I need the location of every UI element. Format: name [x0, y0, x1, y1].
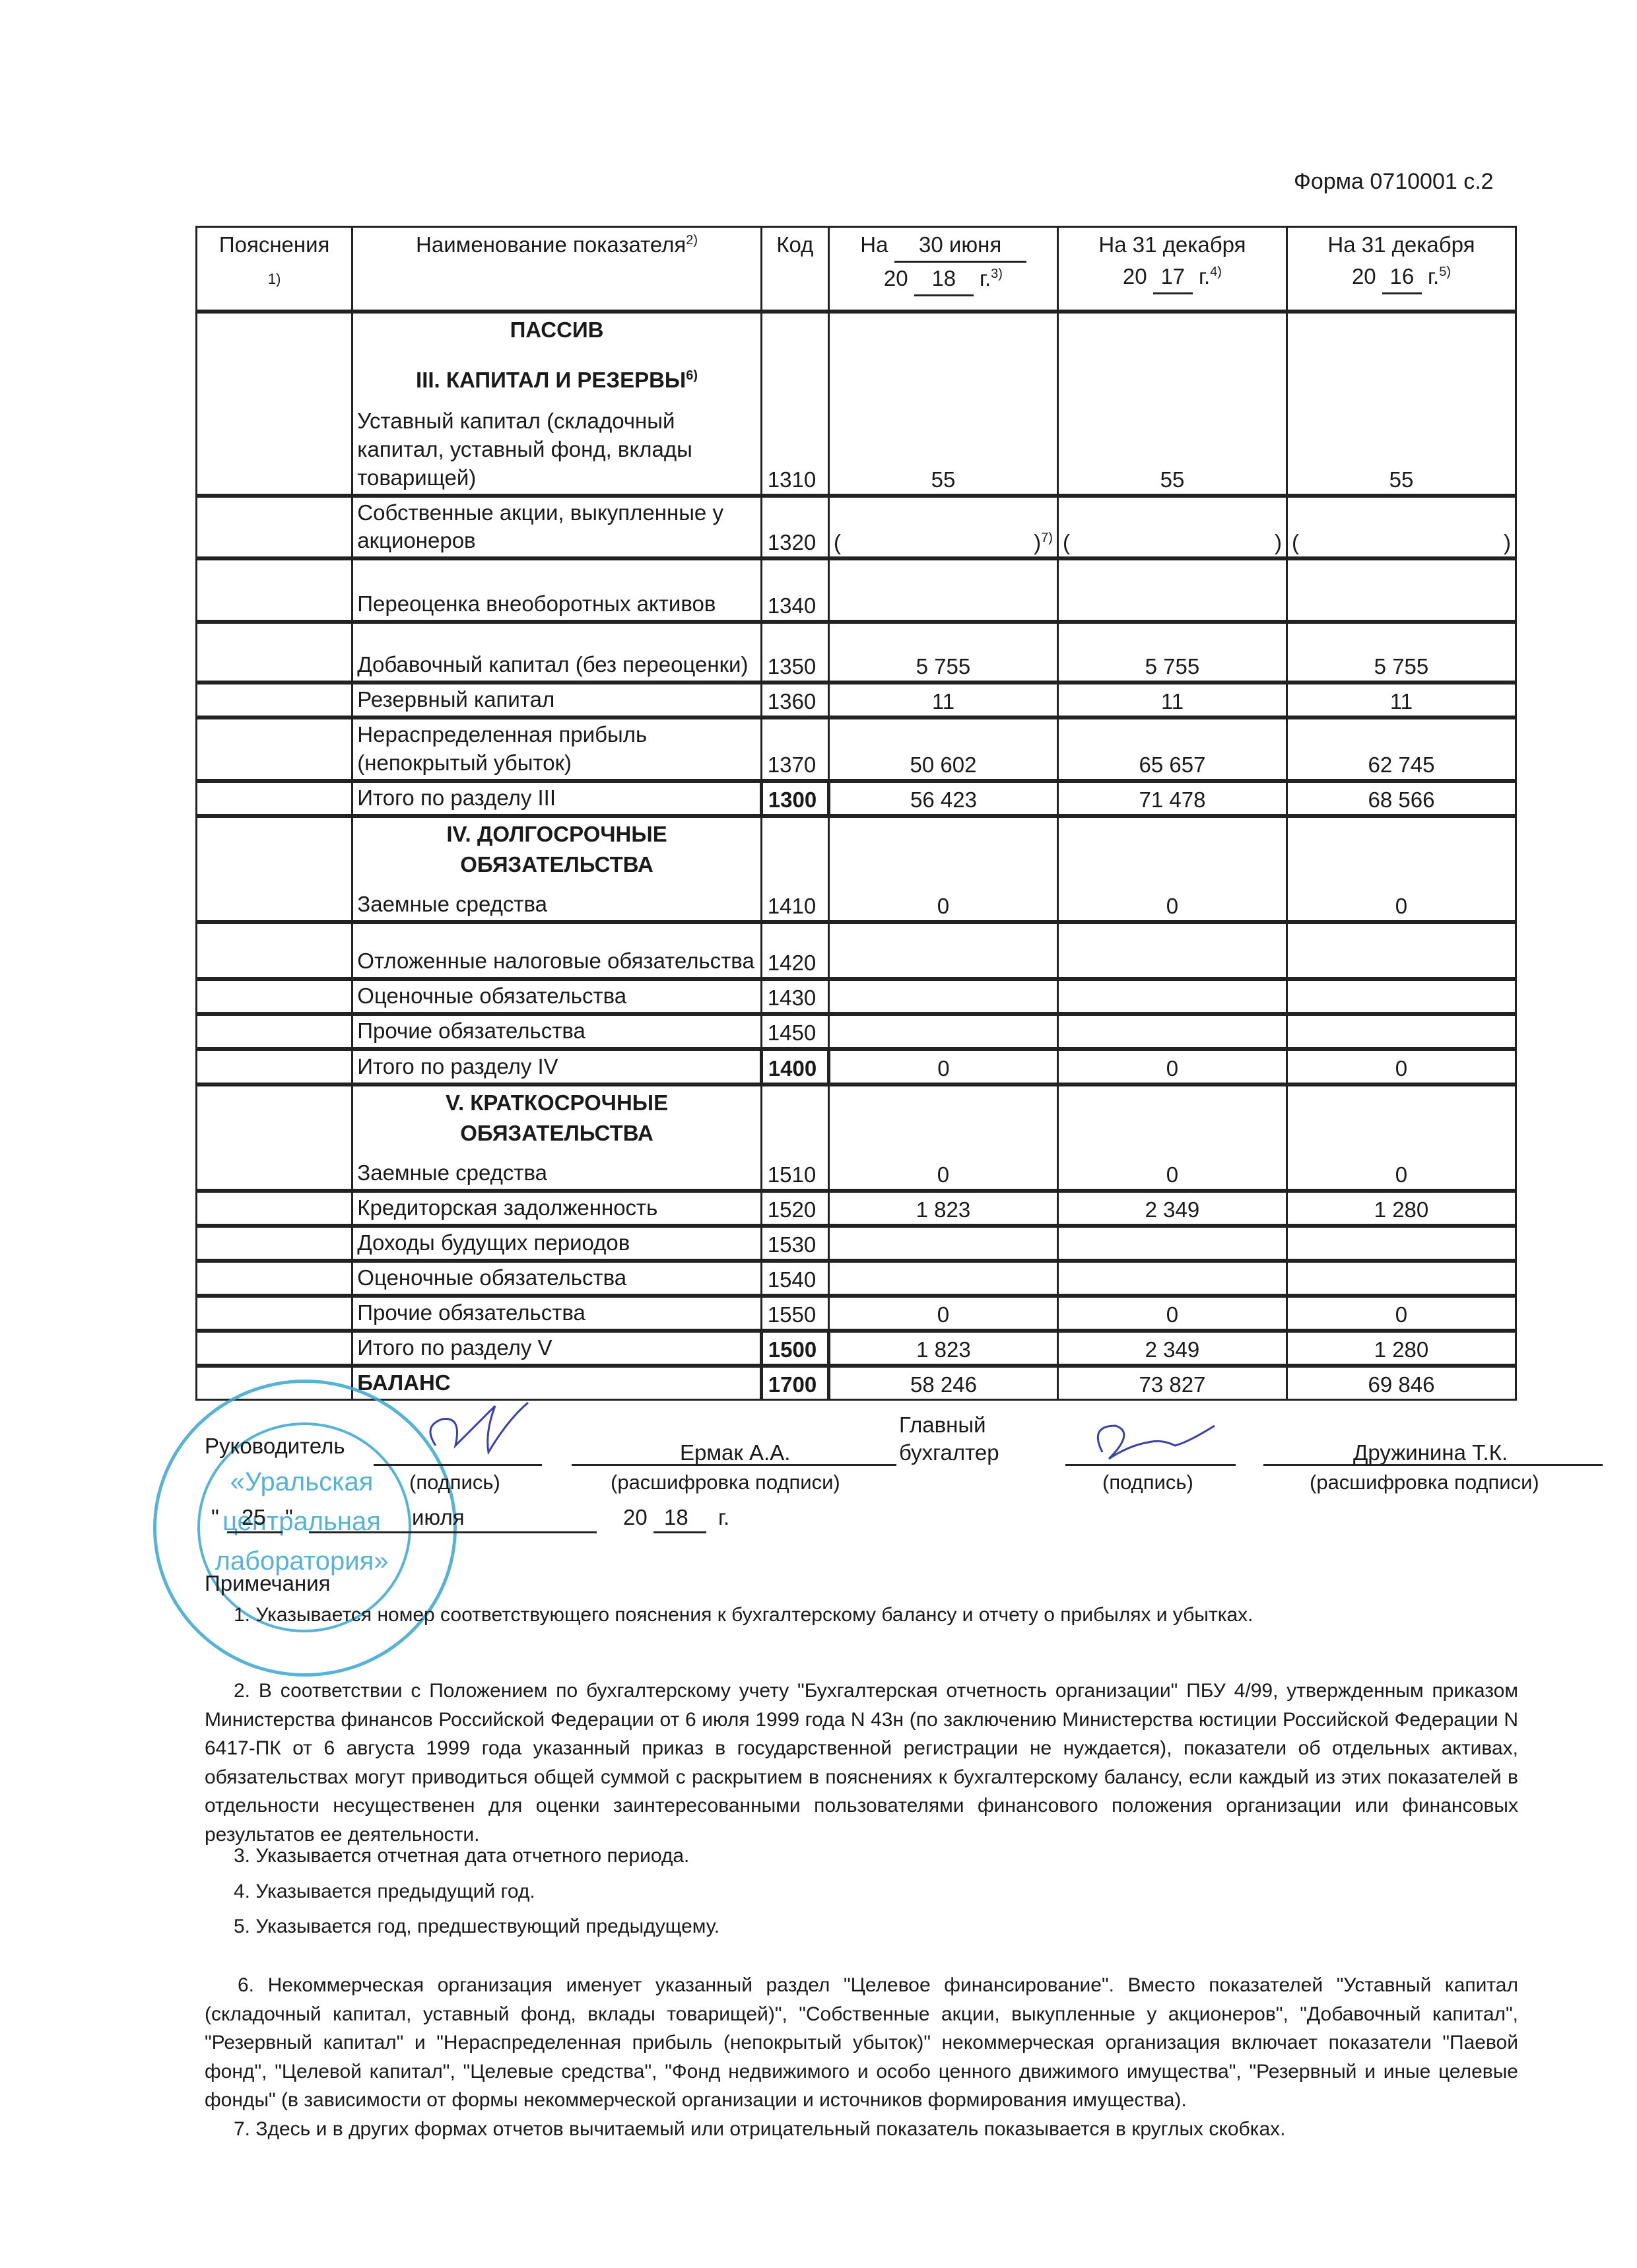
date-day: 25 — [242, 1505, 266, 1530]
header-col1: На 30 июня 20 18 г.3) — [828, 227, 1057, 312]
table-row: Собственные акции, выкупленные у акционе… — [197, 496, 1516, 559]
date-year-prefix: 20 — [623, 1505, 648, 1530]
head-signature-caption: (подпись) — [409, 1471, 500, 1494]
table-row: Прочие обязательства 1450 — [197, 1014, 1516, 1049]
table-row-total: Итого по разделу III 1300 56 423 71 478 … — [197, 781, 1516, 816]
table-row: Добавочный капитал (без переоценки) 1350… — [197, 622, 1516, 683]
note-5: 5. Указывается год, предшествующий преды… — [234, 1912, 1518, 1941]
date-quote-open: " — [211, 1505, 219, 1530]
table-row: Нераспределенная прибыль (непокрытый убы… — [197, 717, 1516, 781]
date-year-suffix: г. — [718, 1505, 729, 1530]
chief-accountant-name: Дружинина Т.К. — [1353, 1440, 1508, 1465]
table-row: Прочие обязательства 1550 0 0 0 — [197, 1296, 1516, 1331]
chief-decode-caption: (расшифровка подписи) — [1310, 1471, 1539, 1494]
date-month: июля — [412, 1505, 465, 1530]
table-row-total: Итого по разделу IV 1400 0 0 0 — [197, 1049, 1516, 1084]
table-row-balance: БАЛАНС 1700 58 246 73 827 69 846 — [197, 1366, 1516, 1400]
date-year: 18 — [664, 1505, 688, 1530]
table-row-total: Итого по разделу V 1500 1 823 2 349 1 28… — [197, 1331, 1516, 1366]
note-3: 3. Указывается отчетная дата отчетного п… — [234, 1842, 1518, 1871]
table-row: Отложенные налоговые обязательства 1420 — [197, 922, 1516, 979]
note-6: 6. Некоммерческая организация именует ук… — [205, 1971, 1518, 2115]
table-row: Резервный капитал 1360 11 11 11 — [197, 683, 1516, 717]
table-row: Переоценка внеоборотных активов 1340 — [197, 558, 1516, 622]
note-7: 7. Здесь и в других формах отчетов вычит… — [205, 2115, 1518, 2144]
head-decode-caption: (расшифровка подписи) — [611, 1471, 840, 1494]
header-col3: На 31 декабря 20 16 г.5) — [1286, 227, 1516, 312]
header-code: Код — [761, 227, 828, 312]
head-name: Ермак А.А. — [680, 1440, 790, 1465]
header-name: Наименование показателя2) — [352, 227, 761, 312]
table-row: Оценочные обязательства 1430 — [197, 979, 1516, 1014]
head-signature-icon — [422, 1399, 541, 1465]
notes-title: Примечания — [205, 1571, 331, 1596]
date-month-line — [309, 1531, 597, 1533]
form-code: Форма 0710001 с.2 — [1294, 169, 1494, 195]
company-stamp: «Уральская центральная лаборатория» — [153, 1380, 457, 1677]
table-row: IV. ДОЛГОСРОЧНЫЕ ОБЯЗАТЕЛЬСТВА Заемные с… — [197, 816, 1516, 922]
table-row: ПАССИВ III. КАПИТАЛ И РЕЗЕРВЫ6) Уставный… — [197, 312, 1516, 496]
date-quote-close: " — [285, 1505, 293, 1530]
table-row: Доходы будущих периодов 1530 — [197, 1226, 1516, 1261]
note-2: 2. В соответствии с Положением по бухгал… — [205, 1677, 1518, 1849]
table-row: Оценочные обязательства 1540 — [197, 1261, 1516, 1296]
table-row: Кредиторская задолженность 1520 1 823 2 … — [197, 1191, 1516, 1226]
header-col2: На 31 декабря 20 17 г.4) — [1057, 227, 1286, 312]
chief-accountant-label-1: Главный — [899, 1413, 986, 1438]
date-year-line — [653, 1531, 706, 1533]
chief-signature-icon — [1083, 1413, 1241, 1479]
chief-accountant-label-2: бухгалтер — [899, 1440, 999, 1465]
note-1: 1. Указывается номер соответствующего по… — [205, 1601, 1518, 1630]
head-label: Руководитель — [205, 1434, 345, 1459]
header-notes: Пояснения 1) — [197, 227, 352, 312]
date-day-line — [227, 1531, 283, 1533]
balance-sheet-table: Пояснения 1) Наименование показателя2) К… — [195, 226, 1517, 1401]
chief-signature-caption: (подпись) — [1102, 1471, 1193, 1494]
table-row: V. КРАТКОСРОЧНЫЕ ОБЯЗАТЕЛЬСТВА Заемные с… — [197, 1084, 1516, 1191]
note-4: 4. Указывается предыдущий год. — [234, 1877, 1518, 1906]
table-header-row: Пояснения 1) Наименование показателя2) К… — [197, 227, 1516, 312]
